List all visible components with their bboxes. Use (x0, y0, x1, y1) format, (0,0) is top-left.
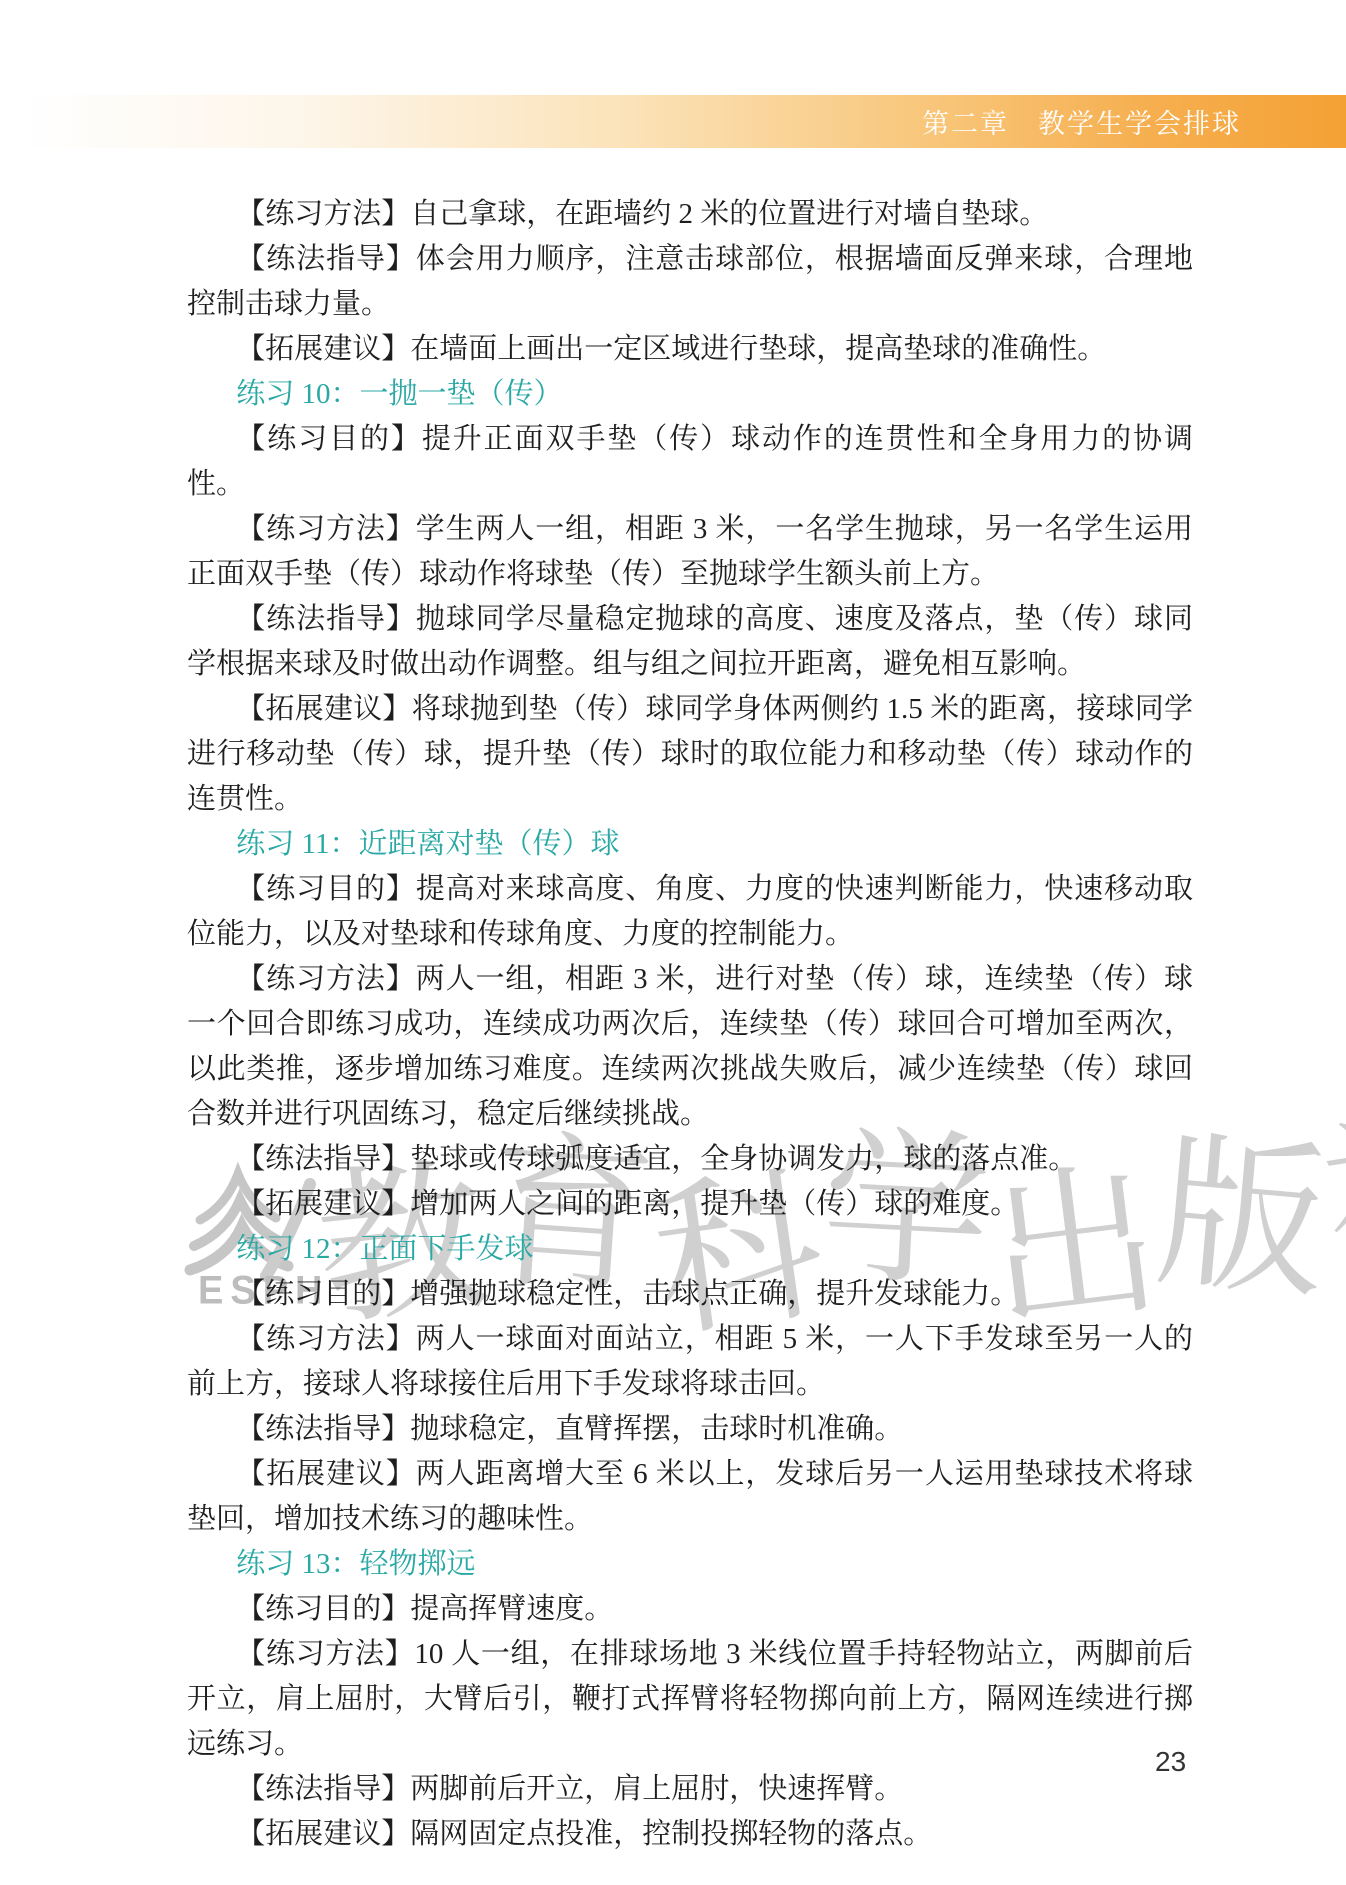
publisher-watermark-char: 社 (1314, 1102, 1346, 1294)
body-paragraph: 【练法指导】抛球稳定，直臂挥摆，击球时机准确。 (187, 1407, 1193, 1452)
body-paragraph: 【拓展建议】隔网固定点投准，控制投掷轻物的落点。 (187, 1812, 1193, 1857)
exercise-heading: 练习 12：正面下手发球 (187, 1227, 1193, 1272)
exercise-heading: 练习 10：一抛一垫（传） (187, 372, 1193, 417)
exercise-heading: 练习 13：轻物掷远 (187, 1542, 1193, 1587)
body-paragraph: 【练习方法】学生两人一组，相距 3 米，一名学生抛球，另一名学生运用正面双手垫（… (187, 507, 1193, 597)
body-paragraph: 【练习方法】自己拿球，在距墙约 2 米的位置进行对墙自垫球。 (187, 192, 1193, 237)
body-paragraph: 【练习目的】提高对来球高度、角度、力度的快速判断能力，快速移动取位能力，以及对垫… (187, 867, 1193, 957)
page-number: 23 (1155, 1746, 1186, 1778)
body-paragraph: 【拓展建议】在墙面上画出一定区域进行垫球，提高垫球的准确性。 (187, 327, 1193, 372)
body-paragraph: 【练法指导】抛球同学尽量稳定抛球的高度、速度及落点，垫（传）球同学根据来球及时做… (187, 597, 1193, 687)
body-paragraph: 【拓展建议】增加两人之间的距离，提升垫（传）球的难度。 (187, 1182, 1193, 1227)
body-paragraph: 【练法指导】体会用力顺序，注意击球部位，根据墙面反弹来球，合理地控制击球力量。 (187, 237, 1193, 327)
exercise-heading: 练习 11：近距离对垫（传）球 (187, 822, 1193, 867)
body-paragraph: 【练法指导】两脚前后开立，肩上屈肘，快速挥臂。 (187, 1767, 1193, 1812)
body-paragraph: 【练法指导】垫球或传球弧度适宜，全身协调发力，球的落点准。 (187, 1137, 1193, 1182)
body-paragraph: 【拓展建议】两人距离增大至 6 米以上，发球后另一人运用垫球技术将球垫回，增加技… (187, 1452, 1193, 1542)
body-paragraph: 【练习方法】10 人一组，在排球场地 3 米线位置手持轻物站立，两脚前后开立，肩… (187, 1632, 1193, 1767)
book-page: 第二章 教学生学会排球 ESPH 教育科学出版社 【练习方法】自己拿球，在距墙约… (0, 0, 1346, 1885)
body-paragraph: 【练习目的】提升正面双手垫（传）球动作的连贯性和全身用力的协调性。 (187, 417, 1193, 507)
body-paragraph: 【拓展建议】将球抛到垫（传）球同学身体两侧约 1.5 米的距离，接球同学进行移动… (187, 687, 1193, 822)
body-paragraph: 【练习目的】提高挥臂速度。 (187, 1587, 1193, 1632)
chapter-title: 第二章 教学生学会排球 (922, 95, 1241, 148)
body-paragraph: 【练习方法】两人一组，相距 3 米，进行对垫（传）球，连续垫（传）球一个回合即练… (187, 957, 1193, 1137)
body-paragraph: 【练习方法】两人一球面对面站立，相距 5 米，一人下手发球至另一人的前上方，接球… (187, 1317, 1193, 1407)
page-body-text: 【练习方法】自己拿球，在距墙约 2 米的位置进行对墙自垫球。【练法指导】体会用力… (187, 192, 1193, 1857)
chapter-header-bar: 第二章 教学生学会排球 (23, 95, 1346, 148)
body-paragraph: 【练习目的】增强抛球稳定性，击球点正确，提升发球能力。 (187, 1272, 1193, 1317)
